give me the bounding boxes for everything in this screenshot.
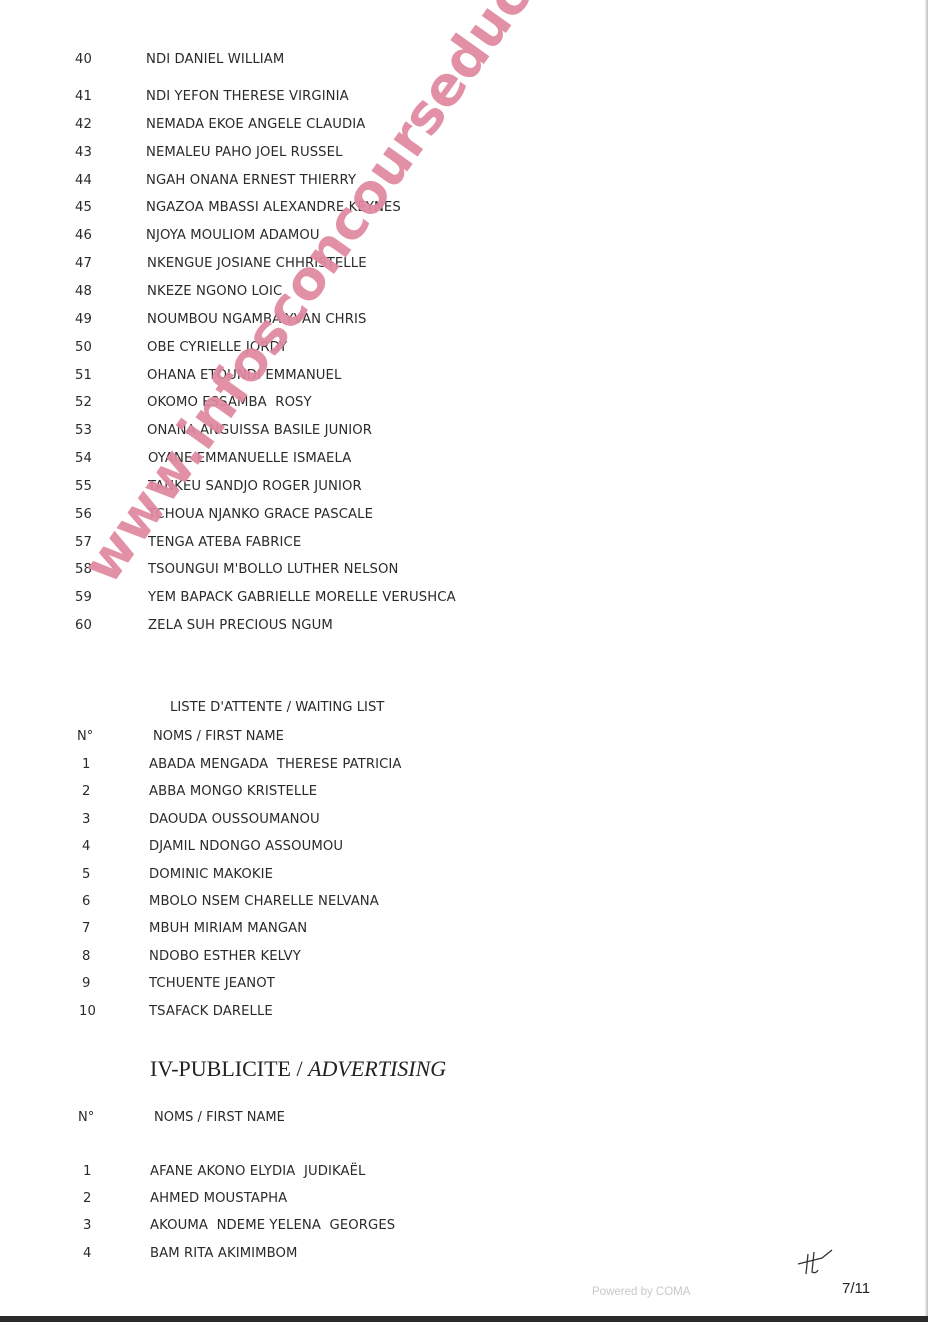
row-name: TSOUNGUI M'BOLLO LUTHER NELSON — [148, 562, 398, 577]
row-name: NKEZE NGONO LOIC — [147, 284, 282, 299]
row-number: 46 — [75, 228, 115, 243]
row-name: NGAH ONANA ERNEST THIERRY — [146, 173, 356, 188]
row-name: MBUH MIRIAM MANGAN — [149, 921, 307, 936]
row-number: 44 — [75, 173, 115, 188]
row-name: TCHOUA NJANKO GRACE PASCALE — [148, 507, 373, 522]
waiting-list-col-name: NOMS / FIRST NAME — [153, 729, 284, 744]
row-name: ONANA ANGUISSA BASILE JUNIOR — [147, 423, 372, 438]
advertising-col-name: NOMS / FIRST NAME — [154, 1110, 285, 1125]
row-number: 4 — [82, 839, 122, 854]
row-name: DJAMIL NDONGO ASSOUMOU — [149, 839, 343, 854]
row-number: 42 — [75, 117, 115, 132]
row-name: TSAFACK DARELLE — [149, 1004, 273, 1019]
row-number: 49 — [75, 312, 115, 327]
row-number: 60 — [75, 618, 115, 633]
row-number: 54 — [75, 451, 115, 466]
row-name: OYANE EMMANUELLE ISMAELA — [148, 451, 351, 466]
row-number: 45 — [75, 200, 115, 215]
row-number: 58 — [75, 562, 115, 577]
powered-by-text: Powered by COMA — [592, 1286, 690, 1298]
row-number: 1 — [83, 1164, 123, 1179]
row-name: AKOUMA NDEME YELENA GEORGES — [150, 1218, 395, 1233]
row-number: 51 — [75, 368, 115, 383]
row-number: 47 — [75, 256, 115, 271]
row-name: TCHUENTE JEANOT — [149, 976, 275, 991]
row-number: 7 — [82, 921, 122, 936]
row-name: MBOLO NSEM CHARELLE NELVANA — [149, 894, 379, 909]
row-name: TANKEU SANDJO ROGER JUNIOR — [148, 479, 362, 494]
row-name: NEMADA EKOE ANGELE CLAUDIA — [146, 117, 365, 132]
row-number: 41 — [75, 89, 115, 104]
row-name: YEM BAPACK GABRIELLE MORELLE VERUSHCA — [148, 590, 456, 605]
row-number: 2 — [83, 1191, 123, 1206]
row-number: 56 — [75, 507, 115, 522]
advertising-section-title: IV-PUBLICITE / ADVERTISING — [150, 1056, 446, 1082]
row-name: BAM RITA AKIMIMBOM — [150, 1246, 298, 1261]
advertising-col-num: N° — [78, 1110, 94, 1125]
row-number: 48 — [75, 284, 115, 299]
signature-icon — [796, 1244, 836, 1280]
row-name: NDOBO ESTHER KELVY — [149, 949, 301, 964]
row-number: 9 — [82, 976, 122, 991]
row-name: NDI YEFON THERESE VIRGINIA — [146, 89, 349, 104]
row-name: NDI DANIEL WILLIAM — [146, 52, 284, 67]
row-number: 4 — [83, 1246, 123, 1261]
waiting-list-col-num: N° — [77, 729, 93, 744]
row-name: DAOUDA OUSSOUMANOU — [149, 812, 320, 827]
row-name: ABADA MENGADA THERESE PATRICIA — [149, 757, 402, 772]
row-number: 53 — [75, 423, 115, 438]
row-number: 50 — [75, 340, 115, 355]
row-name: NEMALEU PAHO JOEL RUSSEL — [146, 145, 343, 160]
row-name: OHANA ETOUNDI EMMANUEL — [147, 368, 341, 383]
row-number: 40 — [75, 52, 115, 67]
row-name: AFANE AKONO ELYDIA JUDIKAËL — [150, 1164, 366, 1179]
row-number: 59 — [75, 590, 115, 605]
row-number: 5 — [82, 867, 122, 882]
row-number: 57 — [75, 535, 115, 550]
row-name: OBE CYRIELLE JORDY — [147, 340, 287, 355]
row-name: OKOMO ESSAMBA ROSY — [147, 395, 312, 410]
row-number: 3 — [83, 1218, 123, 1233]
page-number: 7/11 — [842, 1280, 870, 1297]
row-number: 3 — [82, 812, 122, 827]
row-name: AHMED MOUSTAPHA — [150, 1191, 287, 1206]
row-number: 1 — [82, 757, 122, 772]
row-name: NOUMBOU NGAMBA YVAN CHRIS — [147, 312, 366, 327]
row-name: NKENGUE JOSIANE CHHRISTELLE — [147, 256, 367, 271]
advertising-title-en: ADVERTISING — [308, 1056, 446, 1081]
row-number: 2 — [82, 784, 122, 799]
row-name: TENGA ATEBA FABRICE — [148, 535, 301, 550]
waiting-list-title: LISTE D'ATTENTE / WAITING LIST — [170, 700, 384, 715]
row-number: 10 — [79, 1004, 119, 1019]
row-number: 6 — [82, 894, 122, 909]
row-name: NGAZOA MBASSI ALEXANDRE KEYNES — [146, 200, 401, 215]
row-number: 8 — [82, 949, 122, 964]
page-edge-bottom — [0, 1316, 928, 1322]
row-name: NJOYA MOULIOM ADAMOU — [146, 228, 320, 243]
advertising-title-fr: IV-PUBLICITE / — [150, 1056, 308, 1081]
row-number: 55 — [75, 479, 115, 494]
row-name: ZELA SUH PRECIOUS NGUM — [148, 618, 333, 633]
row-number: 52 — [75, 395, 115, 410]
row-name: DOMINIC MAKOKIE — [149, 867, 273, 882]
row-number: 43 — [75, 145, 115, 160]
document-page: 40NDI DANIEL WILLIAM41NDI YEFON THERESE … — [0, 0, 928, 1322]
row-name: ABBA MONGO KRISTELLE — [149, 784, 317, 799]
